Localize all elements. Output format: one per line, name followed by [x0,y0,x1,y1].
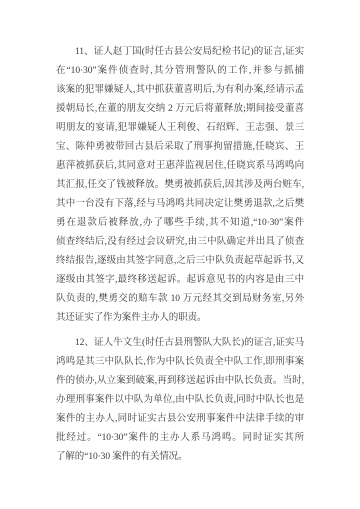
paragraph-line: 队负责的,樊勇交的赔车款 10 万元经其交到局财务室,另外 [56,290,304,309]
paragraph-witness-11: 11、证人赵丁国(时任古县公安局纪检书记)的证言,证实 在“10·30”案件侦查… [56,43,304,328]
paragraph-line: 11、证人赵丁国(时任古县公安局纪检书记)的证言,证实 [56,43,304,62]
paragraph-line: 其还证实了作为案件主办人的职责。 [56,309,304,328]
paragraph-line: 侦查终结后,没有经过会议研究,由三中队确定并出具了侦查 [56,233,304,252]
paragraph-witness-12: 12、证人牛文生(时任古县刑警队大队长)的证言,证实马 鸿鸣是其三中队队长,作为… [56,334,304,467]
paragraph-line: 勇在退款后被释放,办了哪些手续,其不知道,“10·30”案件 [56,214,304,233]
paragraph-line: 批经过。“10·30”案件的主办人系马鸿鸣。同时证实其所 [56,429,304,448]
paragraph-line: 其汇报,任交了钱被释放。樊勇被抓获后,因其涉及两台赃车, [56,176,304,195]
paragraph-line: 惠萍被抓获后,其同意对王惠萍监视居住,任晓宾系马鸿鸣向 [56,157,304,176]
paragraph-line: 件的侦办,从立案到破案,再到移送起诉由中队长负责。当时, [56,372,304,391]
paragraph-line: 援朝局长,在董的朋友交纳 2 万元后将董释放;期间接受董喜 [56,100,304,119]
paragraph-line: 鸿鸣是其三中队队长,作为中队长负责全中队工作,即刑事案 [56,353,304,372]
paragraph-line: 在“10·30”案件侦查时,其分管刑警队的工作,并参与抓捕 [56,62,304,81]
paragraph-line: 12、证人牛文生(时任古县刑警队大队长)的证言,证实马 [56,334,304,353]
paragraph-line: 终结报告,逐级由其签字同意,之后三中队负责起草起诉书,又 [56,252,304,271]
paragraph-line: 了解的“10·30 案件的有关情况。 [56,448,304,467]
paragraph-line: 其中一台没有下落,经与马鸿鸣共同决定让樊勇退款,之后樊 [56,195,304,214]
paragraph-line: 案件的主办人,同时证实古县公安刑事案件中法律手续的审 [56,410,304,429]
paragraph-line: 宝、陈仲勇被带回古县后采取了刑事拘留措施,任晓宾、王 [56,138,304,157]
paragraph-line: 该案的犯罪嫌疑人,其中抓获董喜明后,为有利办案,经请示孟 [56,81,304,100]
document-text-block: 11、证人赵丁国(时任古县公安局纪检书记)的证言,证实 在“10·30”案件侦查… [56,43,304,467]
paragraph-line: 办理刑事案件以中队为单位,由中队长负责,同时中队长也是 [56,391,304,410]
paragraph-line: 逐级由其签字,最终移送起诉。起诉意见书的内容是由三中 [56,271,304,290]
paragraph-line: 明朋友的宴请,犯罪嫌疑人王利俊、石绍辉、王志强、景三 [56,119,304,138]
document-page: 11、证人赵丁国(时任古县公安局纪检书记)的证言,证实 在“10·30”案件侦查… [0,0,360,509]
